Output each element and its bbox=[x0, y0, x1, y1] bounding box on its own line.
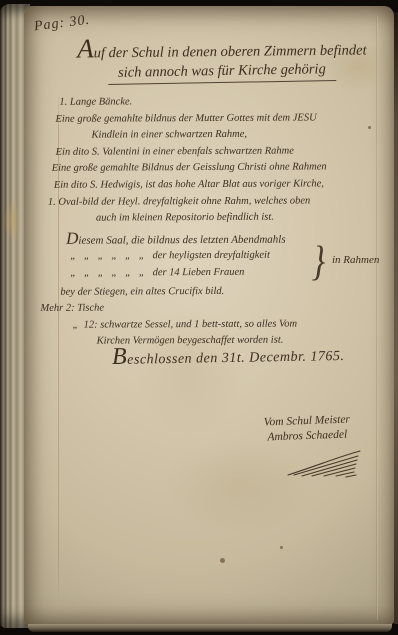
signature-block: Vom Schul Meister Ambros Schaedel bbox=[263, 413, 350, 446]
edge-stain bbox=[4, 200, 20, 242]
signature-line-2: Ambros Schaedel bbox=[264, 427, 351, 445]
inventory-line: 1. Oval-bild der Heyl. dreyfaltigkeit oh… bbox=[48, 193, 384, 211]
manuscript-page: Pag: 30. Auf der Schul in denen oberen Z… bbox=[24, 6, 394, 624]
title-line-1: Auf der Schul in denen oberen Zimmern be… bbox=[50, 40, 394, 63]
inventory-line: Eine große gemahlte Bildnus der Geisslun… bbox=[52, 159, 384, 177]
right-page-edge bbox=[394, 12, 398, 624]
inventory-line: bey der Stiegen, ein altes Crucifix bild… bbox=[60, 283, 384, 301]
photo-background: Pag: 30. Auf der Schul in denen oberen Z… bbox=[0, 0, 398, 635]
inventory-line: Ein dito S. Hedwigis, ist das hohe Altar… bbox=[54, 176, 384, 194]
page-title: Auf der Schul in denen oberen Zimmern be… bbox=[50, 40, 394, 85]
inventory-line: Eine große gemahlte bildnus der Mutter G… bbox=[55, 110, 383, 128]
closing-date-line: Beschlossen den 31t. Decembr. 1765. bbox=[112, 340, 345, 371]
inventory-list: 1. Lange Bäncke. Eine große gemahlte bil… bbox=[37, 93, 384, 351]
title-line-2-underlined: sich annoch was für Kirche gehörig bbox=[108, 61, 336, 85]
ink-speck bbox=[280, 546, 283, 549]
inventory-line-ditto: „ „ „ „ „ „ der 14 Lieben Frauen bbox=[70, 264, 384, 282]
inventory-line: auch im kleinen Repositorio befindlich i… bbox=[96, 209, 384, 227]
bottom-page-edges bbox=[28, 623, 392, 632]
inventory-line: Diesem Saal, die bildnus des letzten Abe… bbox=[66, 229, 384, 249]
page-number: Pag: 30. bbox=[33, 13, 91, 36]
inventory-line: Kindlein in einer schwartzen Rahme, bbox=[92, 126, 384, 144]
inventory-line: Ein dito S. Valentini in einer ebenfals … bbox=[56, 143, 384, 161]
manuscript-book: Pag: 30. Auf der Schul in denen oberen Z… bbox=[0, 0, 398, 635]
brace-note: in Rahmen bbox=[332, 254, 379, 266]
inventory-line: „ 12: schwartze Sessel, und 1 bett-statt… bbox=[72, 316, 384, 334]
inventory-line: 1. Lange Bäncke. bbox=[59, 93, 383, 111]
grouping-brace: } bbox=[312, 238, 325, 286]
signature-flourish-icon bbox=[286, 448, 364, 478]
ink-speck bbox=[220, 558, 225, 563]
inventory-line: Mehr 2: Tische bbox=[40, 299, 384, 317]
